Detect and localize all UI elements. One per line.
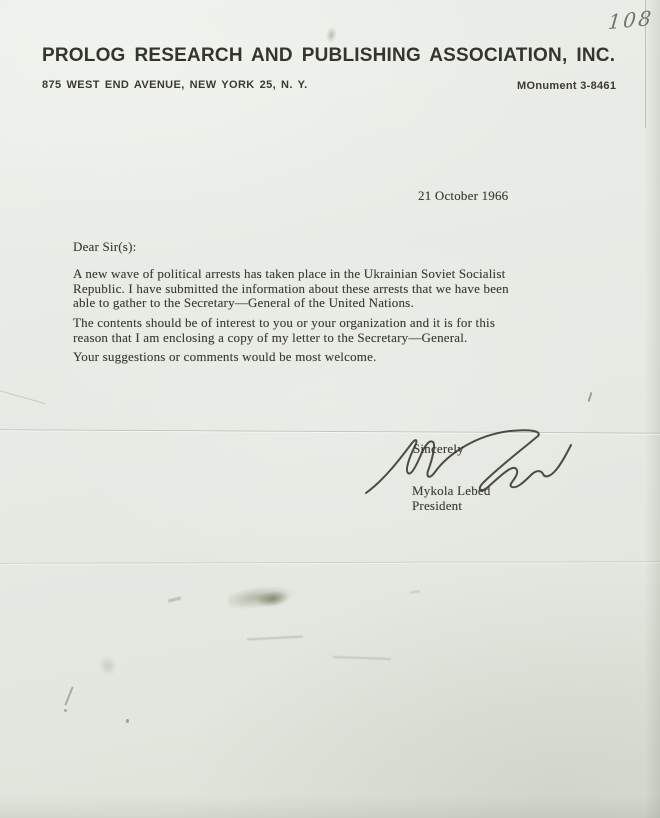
signature-name: Mykola Lebed xyxy=(412,483,491,499)
org-name: PROLOG RESEARCH AND PUBLISHING ASSOCIATI… xyxy=(42,45,615,68)
pencil-tick-mark xyxy=(588,392,593,402)
pencil-dot xyxy=(64,709,67,712)
pencil-mark xyxy=(168,596,181,602)
text-line: Your suggestions or comments would be mo… xyxy=(73,350,377,365)
text-line: Republic. I have submitted the informati… xyxy=(73,282,509,297)
ink-stain xyxy=(227,582,301,615)
salutation: Dear Sir(s): xyxy=(73,239,136,255)
text-line: able to gather to the Secretary—General … xyxy=(73,296,509,311)
text-line: The contents should be of interest to yo… xyxy=(73,316,495,331)
fold-crease-lower xyxy=(0,561,660,565)
text-line: reason that I am enclosing a copy of my … xyxy=(73,331,495,346)
letter-date: 21 October 1966 xyxy=(418,188,508,204)
smudge-mark xyxy=(92,649,124,684)
org-phone: MOnument 3-8461 xyxy=(517,80,616,92)
paper-edge-shading-bottom xyxy=(0,796,660,818)
page-number-annotation: 108 xyxy=(607,6,655,34)
pencil-slash-mark xyxy=(64,686,73,705)
body-paragraph-3: Your suggestions or comments would be mo… xyxy=(73,350,377,365)
faint-mark xyxy=(410,590,420,593)
text-line: A new wave of political arrests has take… xyxy=(73,267,509,282)
crease-left-edge xyxy=(0,389,45,404)
ink-dot xyxy=(126,719,129,723)
scratch-mark xyxy=(247,636,303,641)
scratch-mark xyxy=(333,656,391,660)
body-paragraph-2: The contents should be of interest to yo… xyxy=(73,316,495,345)
signature-title: President xyxy=(412,498,462,514)
paper-edge-shading-right xyxy=(644,0,660,818)
scanned-letter-page: 108 PROLOG RESEARCH AND PUBLISHING ASSOC… xyxy=(0,0,660,818)
org-address: 875 WEST END AVENUE, NEW YORK 25, N. Y. xyxy=(42,79,308,91)
body-paragraph-1: A new wave of political arrests has take… xyxy=(73,267,509,311)
